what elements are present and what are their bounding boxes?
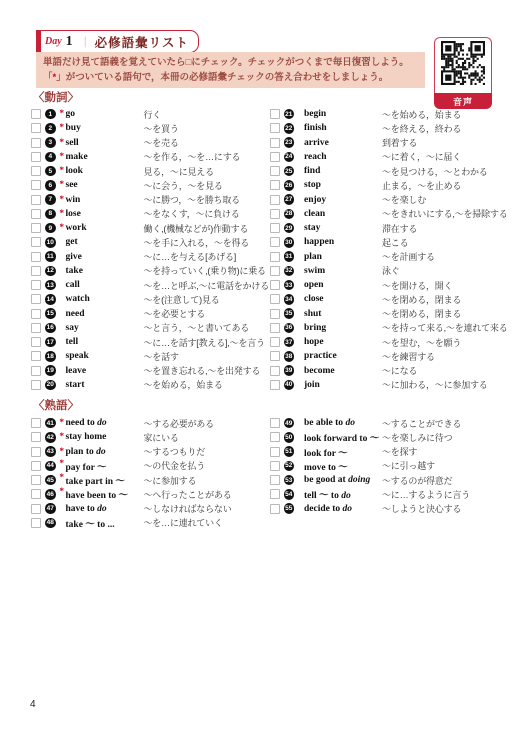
item-number-badge: 30: [284, 237, 295, 248]
item-number-badge: 16: [45, 323, 56, 334]
checkbox[interactable]: [270, 209, 280, 219]
star-mark: *: [60, 108, 65, 118]
item-word: *see: [60, 180, 140, 190]
vocab-row: 27enjoy～を楽しむ: [270, 193, 497, 207]
item-meaning: ～を練習する: [382, 350, 435, 363]
checkbox[interactable]: [31, 180, 41, 190]
checkbox[interactable]: [270, 351, 280, 361]
item-number-badge: 38: [284, 351, 295, 362]
item-meaning: 家にいる: [144, 431, 179, 444]
item-word: call: [60, 280, 140, 290]
checkbox[interactable]: [31, 280, 41, 290]
checkbox[interactable]: [31, 351, 41, 361]
checkbox[interactable]: [270, 123, 280, 133]
item-word: hope: [298, 337, 378, 347]
item-number-badge: 23: [284, 137, 295, 148]
star-mark: *: [60, 208, 65, 218]
checkbox[interactable]: [270, 152, 280, 162]
item-meaning: ～を開ける，開く: [382, 279, 452, 292]
checkbox[interactable]: [270, 475, 280, 485]
item-number-badge: 19: [45, 365, 56, 376]
vocab-row: 9*work働く,(機械などが)作動する: [31, 221, 258, 235]
vocab-row: 2*buy～を買う: [31, 121, 258, 135]
vocab-row: 17tell～に…を話す[教える],～を言う: [31, 335, 258, 349]
item-meaning: ～に勝つ，～を勝ち取る: [144, 193, 240, 206]
item-number-badge: 48: [45, 518, 56, 529]
item-word: *need to do: [60, 418, 140, 428]
item-word: bring: [298, 323, 378, 333]
checkbox[interactable]: [31, 323, 41, 333]
item-word: find: [298, 166, 378, 176]
item-meaning: 働く,(機械などが)作動する: [144, 222, 249, 235]
vocab-row: 25find～を見つける，～とわかる: [270, 164, 497, 178]
item-meaning: ～を…と呼ぶ,～に電話をかける: [144, 279, 270, 292]
item-word: arrive: [298, 138, 378, 148]
item-word: join: [298, 380, 378, 390]
item-number-badge: 55: [284, 503, 295, 514]
vocab-row: 21begin～を始める，始まる: [270, 107, 497, 121]
vocab-row: 44*pay for ～～の代金を払う: [31, 459, 258, 473]
vocab-row: 5*look見る，～に見える: [31, 164, 258, 178]
page-title: 必修語彙リスト: [95, 33, 189, 51]
item-word: *sell: [60, 138, 140, 148]
checkbox[interactable]: [270, 166, 280, 176]
item-word: open: [298, 280, 378, 290]
item-word: leave: [60, 366, 140, 376]
title-divider: ｜: [80, 34, 91, 50]
item-word: finish: [298, 123, 378, 133]
checkbox[interactable]: [270, 432, 280, 442]
item-word: tell: [60, 337, 140, 347]
vocab-column: 41*need to do～する必要がある42*stay home家にいる43*…: [31, 416, 258, 530]
vocab-row: 1*go行く: [31, 107, 258, 121]
vocab-row: 26stop止まる，～を止める: [270, 178, 497, 192]
item-meaning: ～を閉める，閉まる: [382, 307, 461, 320]
item-number-badge: 21: [284, 109, 295, 120]
item-meaning: ～を探す: [382, 445, 417, 458]
checkbox[interactable]: [270, 366, 280, 376]
checkbox[interactable]: [270, 223, 280, 233]
vocab-row: 51look for ～～を探す: [270, 445, 497, 459]
checkbox[interactable]: [270, 309, 280, 319]
item-word: have to do: [60, 504, 140, 514]
item-word: swim: [298, 266, 378, 276]
item-word: clean: [298, 209, 378, 219]
checkbox[interactable]: [31, 294, 41, 304]
item-meaning: ～に会う，～を見る: [144, 179, 223, 192]
item-meaning: ～に…を話す[教える],～を言う: [144, 336, 265, 349]
vocab-row: 46*have been to ～～へ行ったことがある: [31, 487, 258, 501]
item-meaning: ～を…に連れていく: [144, 516, 223, 529]
item-number-badge: 36: [284, 323, 295, 334]
vocab-row: 50look forward to ～～を楽しみに待つ: [270, 430, 497, 444]
item-number-badge: 8: [45, 209, 56, 220]
checkbox[interactable]: [31, 123, 41, 133]
item-word: say: [60, 323, 140, 333]
item-meaning: ～を楽しみに待つ: [382, 431, 452, 444]
item-number-badge: 5: [45, 166, 56, 177]
item-meaning: ～を持っていく,(乗り物)に乗る: [144, 264, 266, 277]
vocab-row: 6*see～に会う，～を見る: [31, 178, 258, 192]
vocab-column: 21begin～を始める，始まる22finish～を終える，終わる23arriv…: [270, 107, 497, 392]
checkbox[interactable]: [31, 489, 41, 499]
item-word: watch: [60, 294, 140, 304]
item-meaning: ～に引っ越す: [382, 459, 435, 472]
item-meaning: ～しなければならない: [144, 502, 232, 515]
item-number-badge: 6: [45, 180, 56, 191]
item-word: *stay home: [60, 432, 140, 442]
checkbox[interactable]: [270, 461, 280, 471]
item-number-badge: 40: [284, 380, 295, 391]
star-mark: *: [60, 431, 65, 441]
vocab-row: 7*win～に勝つ，～を勝ち取る: [31, 193, 258, 207]
vocab-row: 4*make～を作る，～を…にする: [31, 150, 258, 164]
item-word: become: [298, 366, 378, 376]
item-number-badge: 51: [284, 446, 295, 457]
vocab-row: 36bring～を持って来る,～を連れて来る: [270, 321, 497, 335]
checkbox[interactable]: [31, 309, 41, 319]
vocab-row: 45*take part in ～～に参加する: [31, 473, 258, 487]
checkbox[interactable]: [31, 109, 41, 119]
star-mark: *: [60, 458, 65, 468]
item-number-badge: 29: [284, 223, 295, 234]
vocab-column: 1*go行く2*buy～を買う3*sell～を売る4*make～を作る，～を…に…: [31, 107, 258, 392]
item-number-badge: 44: [45, 461, 56, 472]
item-word: take ～ to ...: [60, 516, 140, 530]
item-number-badge: 18: [45, 351, 56, 362]
item-word: stay: [298, 223, 378, 233]
star-mark: *: [60, 417, 65, 427]
vocab-row: 52move to ～～に引っ越す: [270, 459, 497, 473]
vocab-row: 35shut～を閉める，閉まる: [270, 307, 497, 321]
star-mark: *: [60, 151, 65, 161]
item-meaning: ～を話す: [144, 350, 179, 363]
checkbox[interactable]: [270, 323, 280, 333]
item-meaning: ～を始める，始まる: [382, 108, 461, 121]
item-meaning: ～を見つける，～とわかる: [382, 165, 488, 178]
vocab-row: 34close～を閉める，閉まる: [270, 292, 497, 306]
item-number-badge: 47: [45, 503, 56, 514]
item-meaning: ～を閉める，閉まる: [382, 293, 461, 306]
item-number-badge: 42: [45, 432, 56, 443]
item-meaning: ～をなくす，～に負ける: [144, 207, 240, 220]
item-number-badge: 25: [284, 166, 295, 177]
item-word: shut: [298, 309, 378, 319]
item-word: *make: [60, 152, 140, 162]
checkbox[interactable]: [31, 138, 41, 148]
item-word: speak: [60, 351, 140, 361]
item-meaning: ～を始める，始まる: [144, 378, 223, 391]
star-mark: *: [60, 446, 65, 456]
vocab-row: 49be able to do～することができる: [270, 416, 497, 430]
section-heading-verbs: 〈動詞〉: [33, 89, 79, 105]
vocab-row: 30happen起こる: [270, 235, 497, 249]
day-number: 1: [66, 34, 73, 50]
star-mark: *: [60, 472, 65, 482]
item-number-badge: 35: [284, 308, 295, 319]
item-meaning: ～になる: [382, 364, 417, 377]
checkbox[interactable]: [270, 138, 280, 148]
day-label: Day: [45, 36, 62, 47]
audio-qr-block: 音声: [434, 37, 492, 109]
checkbox[interactable]: [270, 337, 280, 347]
star-mark: *: [60, 122, 65, 132]
item-meaning: ～を(注意して)見る: [144, 293, 220, 306]
item-meaning: 起こる: [382, 236, 408, 249]
item-number-badge: 14: [45, 294, 56, 305]
item-meaning: ～を作る，～を…にする: [144, 150, 241, 163]
item-number-badge: 27: [284, 194, 295, 205]
item-word: *take part in ～: [60, 473, 140, 487]
idiom-list: 41*need to do～する必要がある42*stay home家にいる43*…: [31, 416, 496, 530]
vocab-row: 48take ～ to ...～を…に連れていく: [31, 516, 258, 530]
item-number-badge: 41: [45, 418, 56, 429]
vocab-row: 55decide to do～しようと決心する: [270, 502, 497, 516]
checkbox[interactable]: [31, 518, 41, 528]
item-meaning: ～を持って来る,～を連れて来る: [382, 321, 508, 334]
vocab-list-page: Day 1 ｜ 必修語彙リスト 単語だけ見て語義を覚えていたら□にチェック。チェ…: [0, 0, 520, 732]
checkbox[interactable]: [270, 266, 280, 276]
item-meaning: ～をきれいにする,～を掃除する: [382, 207, 508, 220]
vocab-row: 53be good at doing～するのが得意だ: [270, 473, 497, 487]
checkbox[interactable]: [31, 237, 41, 247]
checkbox[interactable]: [31, 152, 41, 162]
item-number-badge: 2: [45, 123, 56, 134]
star-mark: *: [60, 486, 65, 496]
item-meaning: 到着する: [382, 136, 417, 149]
item-word: look for ～: [298, 445, 378, 459]
vocab-row: 10get～を手に入れる，～を得る: [31, 235, 258, 249]
item-word: *lose: [60, 209, 140, 219]
vocab-row: 15need～を必要とする: [31, 307, 258, 321]
item-number-badge: 3: [45, 137, 56, 148]
page-number: 4: [30, 699, 36, 710]
item-word: move to ～: [298, 459, 378, 473]
vocab-column: 49be able to do～することができる50look forward t…: [270, 416, 497, 530]
item-number-badge: 13: [45, 280, 56, 291]
item-number-badge: 12: [45, 266, 56, 277]
item-number-badge: 33: [284, 280, 295, 291]
red-bar: [36, 30, 41, 53]
vocab-row: 54tell ～ to do～に…するように言う: [270, 487, 497, 501]
item-meaning: ～するのが得意だ: [382, 474, 452, 487]
vocab-row: 11give～に…を与える[あげる]: [31, 250, 258, 264]
item-word: begin: [298, 109, 378, 119]
instruction-line-1: 単語だけ見て語義を覚えていたら□にチェック。チェックがつくまで毎日復習しよう。: [43, 55, 425, 70]
checkbox[interactable]: [270, 504, 280, 514]
item-word: tell ～ to do: [298, 487, 378, 501]
item-meaning: ～を売る: [144, 136, 179, 149]
item-word: decide to do: [298, 504, 378, 514]
checkbox[interactable]: [31, 366, 41, 376]
vocab-row: 18speak～を話す: [31, 349, 258, 363]
item-number-badge: 31: [284, 251, 295, 262]
item-word: *win: [60, 195, 140, 205]
vocab-row: 39become～になる: [270, 364, 497, 378]
item-meaning: ～を置き忘れる,～を出発する: [144, 364, 261, 377]
item-meaning: ～に加わる，～に参加する: [382, 378, 488, 391]
checkbox[interactable]: [31, 461, 41, 471]
item-number-badge: 20: [45, 380, 56, 391]
item-word: *have been to ～: [60, 487, 140, 501]
item-meaning: ～を手に入れる，～を得る: [144, 236, 250, 249]
day-badge: Day 1 ｜ 必修語彙リスト: [36, 30, 199, 53]
star-mark: *: [60, 222, 65, 232]
item-word: be able to do: [298, 418, 378, 428]
item-number-badge: 45: [45, 475, 56, 486]
item-number-badge: 37: [284, 337, 295, 348]
checkbox[interactable]: [31, 418, 41, 428]
checkbox[interactable]: [31, 195, 41, 205]
item-word: practice: [298, 351, 378, 361]
item-number-badge: 4: [45, 152, 56, 163]
item-number-badge: 46: [45, 489, 56, 500]
item-word: *go: [60, 109, 140, 119]
item-number-badge: 32: [284, 266, 295, 277]
checkbox[interactable]: [31, 209, 41, 219]
item-word: *look: [60, 166, 140, 176]
vocab-row: 43*plan to do～するつもりだ: [31, 445, 258, 459]
item-number-badge: 17: [45, 337, 56, 348]
item-number-badge: 34: [284, 294, 295, 305]
item-word: *plan to do: [60, 447, 140, 457]
checkbox[interactable]: [31, 380, 41, 390]
item-word: be good at doing: [298, 475, 378, 485]
vocab-row: 8*lose～をなくす，～に負ける: [31, 207, 258, 221]
item-meaning: ～を終える，終わる: [382, 122, 461, 135]
instruction-line-2-pre: 「: [43, 72, 53, 83]
item-number-badge: 9: [45, 223, 56, 234]
vocab-row: 33open～を開ける，開く: [270, 278, 497, 292]
vocab-row: 20start～を始める，始まる: [31, 378, 258, 392]
vocab-row: 3*sell～を売る: [31, 136, 258, 150]
item-number-badge: 26: [284, 180, 295, 191]
instruction-line-2-post: 」がついている語句で，本冊の必修語彙チェックの答え合わせをしましょう。: [56, 72, 388, 83]
item-meaning: 見る，～に見える: [144, 165, 214, 178]
checkbox[interactable]: [31, 252, 41, 262]
vocab-row: 23arrive到着する: [270, 136, 497, 150]
checkbox[interactable]: [31, 223, 41, 233]
item-meaning: ～する必要がある: [144, 417, 214, 430]
section-heading-idioms: 〈熟語〉: [33, 397, 79, 413]
checkbox[interactable]: [31, 266, 41, 276]
checkbox[interactable]: [270, 252, 280, 262]
checkbox[interactable]: [31, 475, 41, 485]
vocab-row: 42*stay home家にいる: [31, 430, 258, 444]
item-meaning: ～するつもりだ: [144, 445, 206, 458]
item-number-badge: 7: [45, 194, 56, 205]
item-meaning: ～しようと決心する: [382, 502, 461, 515]
vocab-row: 22finish～を終える，終わる: [270, 121, 497, 135]
vocab-row: 12take～を持っていく,(乗り物)に乗る: [31, 264, 258, 278]
checkbox[interactable]: [31, 504, 41, 514]
vocab-row: 31plan～を計画する: [270, 250, 497, 264]
checkbox[interactable]: [270, 380, 280, 390]
star-mark: *: [60, 137, 65, 147]
checkbox[interactable]: [270, 195, 280, 205]
checkbox[interactable]: [31, 166, 41, 176]
item-word: reach: [298, 152, 378, 162]
checkbox[interactable]: [31, 447, 41, 457]
item-number-badge: 54: [284, 489, 295, 500]
instruction-line-2: 「*」がついている語句で，本冊の必修語彙チェックの答え合わせをしましょう。: [43, 70, 425, 85]
item-word: enjoy: [298, 195, 378, 205]
checkbox[interactable]: [270, 294, 280, 304]
checkbox[interactable]: [270, 418, 280, 428]
item-meaning: 止まる，～を止める: [382, 179, 461, 192]
item-meaning: ～を望む，～を願う: [382, 336, 461, 349]
item-meaning: ～に…を与える[あげる]: [144, 250, 237, 263]
verb-list: 1*go行く2*buy～を買う3*sell～を売る4*make～を作る，～を…に…: [31, 107, 496, 392]
checkbox[interactable]: [270, 280, 280, 290]
item-meaning: ～に着く，～に届く: [382, 150, 461, 163]
item-number-badge: 53: [284, 475, 295, 486]
vocab-row: 29stay滞在する: [270, 221, 497, 235]
item-number-badge: 49: [284, 418, 295, 429]
item-word: close: [298, 294, 378, 304]
item-meaning: ～に参加する: [144, 474, 197, 487]
item-meaning: ～の代金を払う: [144, 459, 206, 472]
vocab-row: 32swim泳ぐ: [270, 264, 497, 278]
item-word: *work: [60, 223, 140, 233]
star-mark: *: [60, 165, 65, 175]
item-number-badge: 22: [284, 123, 295, 134]
checkbox[interactable]: [270, 237, 280, 247]
instructions-box: 単語だけ見て語義を覚えていたら□にチェック。チェックがつくまで毎日復習しよう。 …: [36, 52, 425, 88]
item-number-badge: 39: [284, 365, 295, 376]
star-mark: *: [60, 179, 65, 189]
item-word: *pay for ～: [60, 459, 140, 473]
vocab-row: 24reach～に着く，～に届く: [270, 150, 497, 164]
checkbox[interactable]: [270, 109, 280, 119]
item-number-badge: 11: [45, 251, 56, 262]
item-number-badge: 52: [284, 461, 295, 472]
item-number-badge: 43: [45, 446, 56, 457]
item-number-badge: 50: [284, 432, 295, 443]
vocab-row: 16say～と言う，～と書いてある: [31, 321, 258, 335]
item-meaning: 泳ぐ: [382, 264, 400, 277]
vocab-row: 41*need to do～する必要がある: [31, 416, 258, 430]
item-word: happen: [298, 237, 378, 247]
item-meaning: ～することができる: [382, 417, 461, 430]
item-word: give: [60, 252, 140, 262]
checkbox[interactable]: [31, 432, 41, 442]
item-word: plan: [298, 252, 378, 262]
vocab-row: 38practice～を練習する: [270, 349, 497, 363]
item-number-badge: 24: [284, 152, 295, 163]
item-number-badge: 15: [45, 308, 56, 319]
item-meaning: ～を買う: [144, 122, 179, 135]
item-word: get: [60, 237, 140, 247]
item-meaning: 滞在する: [382, 222, 417, 235]
vocab-row: 40join～に加わる，～に参加する: [270, 378, 497, 392]
checkbox[interactable]: [270, 489, 280, 499]
item-meaning: ～を計画する: [382, 250, 435, 263]
checkbox[interactable]: [270, 180, 280, 190]
checkbox[interactable]: [270, 447, 280, 457]
item-word: start: [60, 380, 140, 390]
checkbox[interactable]: [31, 337, 41, 347]
item-meaning: ～と言う，～と書いてある: [144, 321, 250, 334]
item-meaning: 行く: [144, 108, 162, 121]
item-meaning: ～へ行ったことがある: [144, 488, 232, 501]
item-word: need: [60, 309, 140, 319]
vocab-row: 19leave～を置き忘れる,～を出発する: [31, 364, 258, 378]
item-number-badge: 28: [284, 209, 295, 220]
vocab-row: 37hope～を望む，～を願う: [270, 335, 497, 349]
item-meaning: ～を必要とする: [144, 307, 206, 320]
qr-code-icon: [441, 41, 485, 90]
